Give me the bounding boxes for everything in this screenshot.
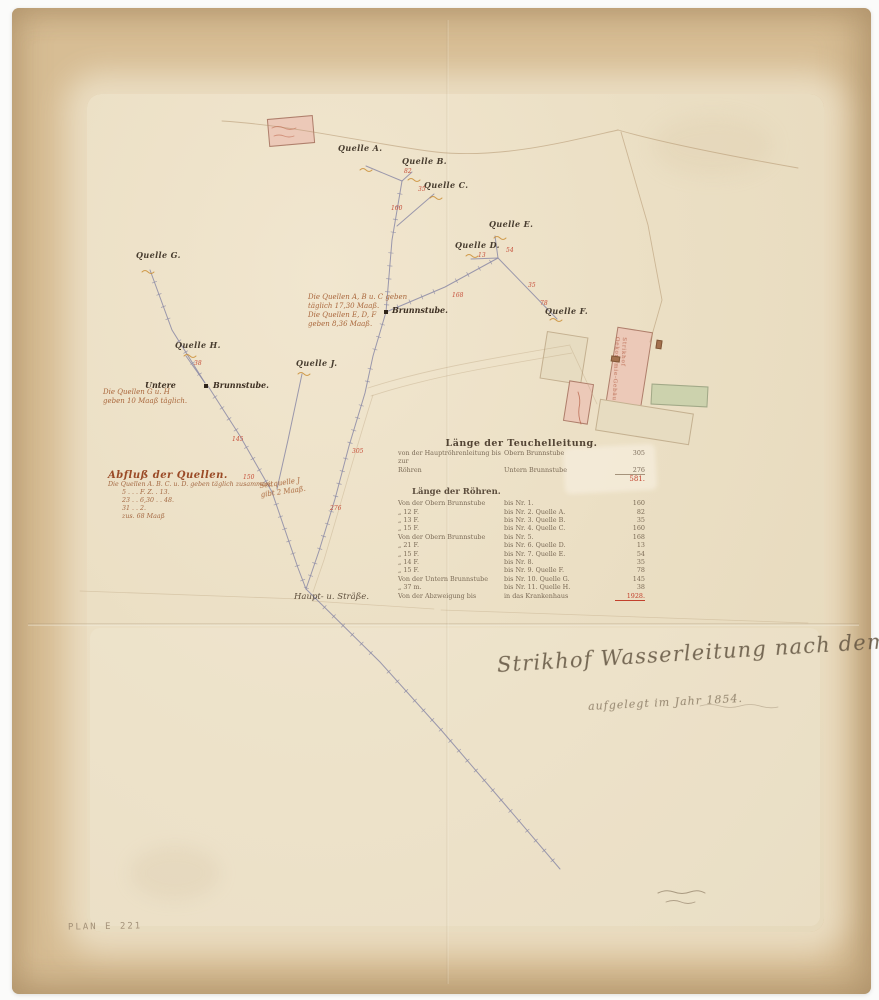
outflow-row: 23 . . 6,30 . . 48. <box>122 497 272 505</box>
outflow-row: 31 . . 2. <box>122 505 272 513</box>
table-cell: „ 13 F. <box>398 516 504 524</box>
table-cell: 160 <box>615 499 645 507</box>
table-cell: „ 15 F. <box>398 566 504 574</box>
distance-mark: 54 <box>506 247 514 254</box>
distance-mark: 38 <box>194 360 202 367</box>
distance-mark: 160 <box>391 205 402 212</box>
spring-label: Quelle E. <box>489 219 533 229</box>
table-cell: 145 <box>615 575 645 583</box>
table-cell: Untern Brunnstube <box>504 466 615 474</box>
table-row: „ 14 F.bis Nr. 8.35 <box>398 558 645 566</box>
plan-number: PLAN E 221 <box>68 921 142 932</box>
table-cell: „ 37 m. <box>398 583 504 591</box>
distance-mark: 276 <box>330 505 341 512</box>
table-cell: „ 15 F. <box>398 550 504 558</box>
distance-mark: 82 <box>404 168 412 175</box>
table-cell: bis Nr. 10. Quelle G. <box>504 575 615 583</box>
table-footer-row: Von der Abzweigung bis in das Krankenhau… <box>398 592 645 601</box>
table-row: „ 37 m.bis Nr. 11. Quelle H.38 <box>398 583 645 591</box>
spring-label: Quelle A. <box>338 143 382 153</box>
table-cell: bis Nr. 4. Quelle C. <box>504 524 615 532</box>
table-row: „ 21 F.bis Nr. 6. Quelle D.13 <box>398 541 645 549</box>
outflow-row: 5 . . . F. Z. . 13. <box>122 489 272 497</box>
note-yield-abc: Die Quellen A, B u. C gebentäglich 17,30… <box>308 293 407 329</box>
outflow-row: zus. 68 Maaß <box>122 513 272 521</box>
distance-mark: 13 <box>478 252 486 259</box>
table-cell: bis Nr. 3. Quelle B. <box>504 516 615 524</box>
length-table-subheader: Länge der Röhren. <box>412 487 645 497</box>
table-cell: 168 <box>615 533 645 541</box>
note-yield-gh: Die Quellen G u. Hgeben 10 Maaß täglich. <box>103 388 187 406</box>
distance-mark: 150 <box>243 474 254 481</box>
table-cell: Von der Obern Brunnstube <box>398 499 504 507</box>
table-cell: Von der Obern Brunnstube <box>398 533 504 541</box>
table-cell: „ 15 F. <box>398 524 504 532</box>
road-label: Haupt- u. Sträße. <box>294 592 369 602</box>
spring-label: Quelle C. <box>424 180 468 190</box>
scanned-plan: Strikhof Oekonomie-Gebäude Strikhof Wass… <box>0 0 879 1000</box>
table-cell: 54 <box>615 550 645 558</box>
table-cell: bis Nr. 7. Quelle E. <box>504 550 615 558</box>
distance-mark: 168 <box>452 292 463 299</box>
table-row: Von der Obern Brunnstubebis Nr. 5.168 <box>398 533 645 541</box>
grand-total-value: 1928. <box>615 592 645 601</box>
table-cell: „ 12 F. <box>398 508 504 516</box>
table-row: RöhrenUntern Brunnstube276 <box>398 466 645 474</box>
table-row: von der Hauptröhrenleitung bis zurObern … <box>398 449 645 466</box>
table-cell: 13 <box>615 541 645 549</box>
spring-label: Quelle H. <box>175 340 221 350</box>
length-table-header: Länge der Teuchelleitung. <box>398 438 645 449</box>
table-subtotal-row: 581. <box>398 474 645 484</box>
brunnstube-lower-label: Brunnstube. <box>213 380 269 390</box>
length-table: Länge der Teuchelleitung. von der Hauptr… <box>398 438 645 601</box>
table-cell: bis Nr. 11. Quelle H. <box>504 583 615 591</box>
table-cell: „ 14 F. <box>398 558 504 566</box>
spring-label: Quelle G. <box>136 250 181 260</box>
table-cell: bis Nr. 9. Quelle F. <box>504 566 615 574</box>
spring-label: Quelle F. <box>545 306 588 316</box>
distance-mark: 145 <box>232 436 243 443</box>
table-row: Von der Untern Brunnstubebis Nr. 10. Que… <box>398 575 645 583</box>
spring-label: Quelle D. <box>455 240 500 250</box>
outflow-subline: Die Quellen A. B. C. u. D. geben täglich… <box>108 481 272 489</box>
table-row: „ 15 F.bis Nr. 4. Quelle C.160 <box>398 524 645 532</box>
table-cell: 35 <box>615 558 645 566</box>
distance-mark: 305 <box>352 448 363 455</box>
table-cell: 78 <box>615 566 645 574</box>
table-row: „ 13 F.bis Nr. 3. Quelle B.35 <box>398 516 645 524</box>
brunnstube-lower-marker <box>204 384 208 388</box>
distance-mark: 35 <box>418 186 426 193</box>
table-cell: Von der Untern Brunnstube <box>398 575 504 583</box>
table-row: Von der Obern Brunnstubebis Nr. 1.160 <box>398 499 645 507</box>
table-cell: 82 <box>615 508 645 516</box>
table-cell: Obern Brunnstube <box>504 449 615 466</box>
table-cell: „ 21 F. <box>398 541 504 549</box>
subtotal-value: 581. <box>615 474 645 484</box>
table-cell: bis Nr. 1. <box>504 499 615 507</box>
table-row: „ 12 F.bis Nr. 2. Quelle A.82 <box>398 508 645 516</box>
table-cell: bis Nr. 2. Quelle A. <box>504 508 615 516</box>
distance-mark: 78 <box>540 300 548 307</box>
table-cell: 38 <box>615 583 645 591</box>
table-cell: 305 <box>615 449 645 466</box>
table-cell: bis Nr. 8. <box>504 558 615 566</box>
table-cell: bis Nr. 6. Quelle D. <box>504 541 615 549</box>
table-cell: 35 <box>615 516 645 524</box>
distance-mark: 35 <box>528 282 536 289</box>
table-cell: Röhren <box>398 466 504 474</box>
table-cell: 276 <box>615 466 645 474</box>
table-cell: von der Hauptröhrenleitung bis zur <box>398 449 504 466</box>
table-cell: bis Nr. 5. <box>504 533 615 541</box>
table-row: „ 15 F.bis Nr. 9. Quelle F.78 <box>398 566 645 574</box>
table-cell: 160 <box>615 524 645 532</box>
table-row: „ 15 F.bis Nr. 7. Quelle E.54 <box>398 550 645 558</box>
spring-label: Quelle B. <box>402 156 447 166</box>
spring-label: Quelle J. <box>296 358 337 368</box>
